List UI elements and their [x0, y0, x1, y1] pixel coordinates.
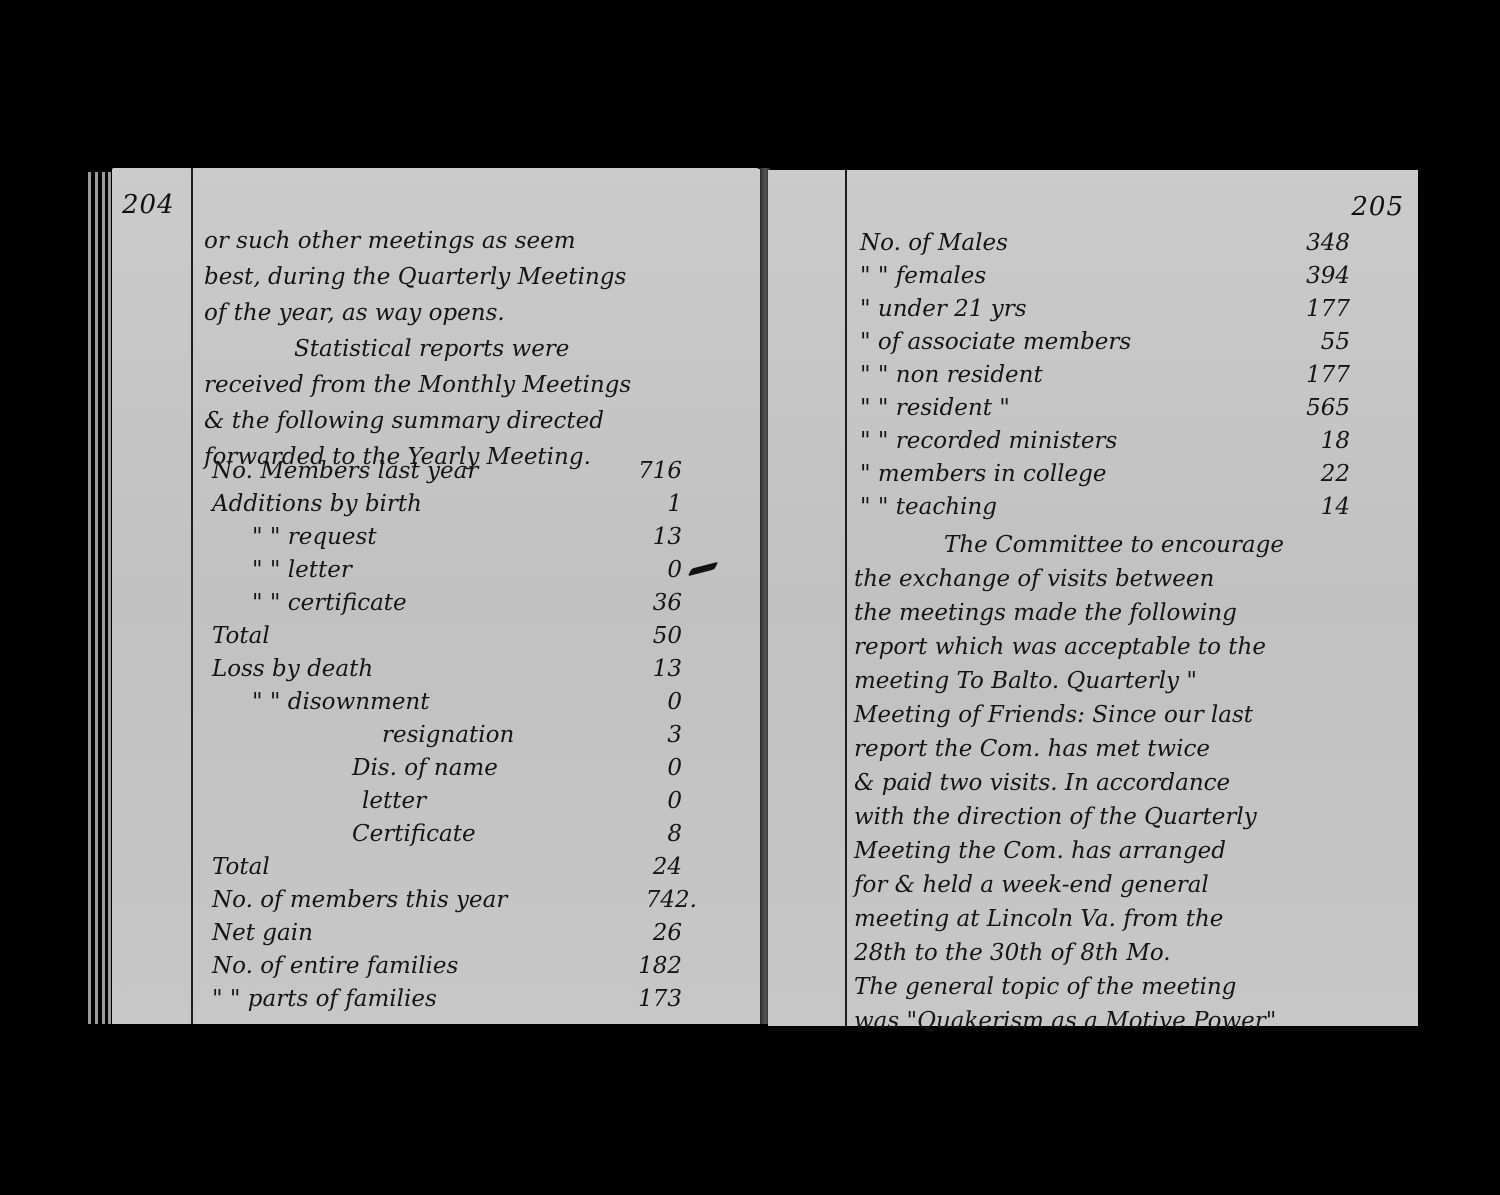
row-value: 0 — [592, 689, 682, 715]
row-label: No. of members this year — [212, 887, 507, 913]
row-value: 24 — [592, 854, 682, 880]
table-row: " " resident " 565 — [860, 387, 1380, 423]
row-label: No. Members last year — [212, 458, 478, 484]
row-value: 0 — [592, 788, 682, 814]
table-row: " " recorded ministers 18 — [860, 420, 1380, 456]
row-label: No. of Males — [860, 230, 1008, 256]
table-row: No. of members this year 742. — [212, 879, 702, 915]
row-label: " " non resident — [860, 362, 1043, 388]
row-value: 394 — [1260, 263, 1350, 289]
prose-line: meeting at Lincoln Va. from the — [854, 896, 1404, 932]
page-edges — [86, 172, 112, 1024]
row-label: " " request — [252, 524, 377, 550]
table-row: " " non resident 177 — [860, 354, 1380, 390]
row-value: 0 — [592, 557, 682, 583]
prose-line: Meeting of Friends: Since our last — [854, 692, 1404, 728]
row-value: 8 — [592, 821, 682, 847]
row-label: " " teaching — [860, 494, 997, 520]
margin-rule — [845, 170, 847, 1026]
row-value: 26 — [592, 920, 682, 946]
prose-line: Meeting the Com. has arranged — [854, 828, 1404, 864]
table-row: " of associate members 55 — [860, 321, 1380, 357]
row-value: 177 — [1260, 296, 1350, 322]
row-label: " " parts of families — [212, 986, 437, 1012]
row-label: Total — [212, 623, 270, 649]
table-row: No. Members last year 716 — [212, 450, 682, 486]
row-value: 13 — [592, 524, 682, 550]
prose-line: 28th to the 30th of 8th Mo. — [854, 930, 1404, 966]
table-row: Dis. of name 0 — [352, 747, 682, 783]
table-row: Certificate 8 — [352, 813, 682, 849]
table-row: " " disownment 0 — [252, 681, 682, 717]
left-page: 204 or such other meetings as seem best,… — [112, 168, 762, 1024]
prose-line: best, during the Quarterly Meetings — [204, 254, 754, 290]
prose-line: & the following summary directed — [204, 398, 754, 434]
row-label: Net gain — [212, 920, 313, 946]
row-label: Loss by death — [212, 656, 373, 682]
row-value: 348 — [1260, 230, 1350, 256]
row-value: 3 — [592, 722, 682, 748]
right-page: 205 No. of Males 348 " " females 394 " u… — [768, 170, 1418, 1026]
table-row: " " letter 0 — [252, 549, 682, 585]
row-value: 14 — [1260, 494, 1350, 520]
row-value: 716 — [592, 458, 682, 484]
prose-line: of the year, as way opens. — [204, 290, 754, 326]
row-label: " " females — [860, 263, 986, 289]
prose-line: the exchange of visits between — [854, 556, 1404, 592]
table-row: Total 24 — [212, 846, 682, 882]
prose-line: or such other meetings as seem — [204, 218, 754, 254]
row-value: 22 — [1260, 461, 1350, 487]
row-value: 173 — [592, 986, 682, 1012]
prose-line: for & held a week-end general — [854, 862, 1404, 898]
row-label: " " certificate — [252, 590, 407, 616]
row-value: 18 — [1260, 428, 1350, 454]
row-label: Additions by birth — [212, 491, 422, 517]
row-label: " " letter — [252, 557, 352, 583]
row-value: 742. — [607, 887, 697, 913]
prose-line: Statistical reports were — [204, 326, 754, 362]
table-row: " " females 394 — [860, 255, 1380, 291]
table-row: Additions by birth 1 — [212, 483, 682, 519]
table-row: No. of entire families 182 — [212, 945, 682, 981]
table-row: " " certificate 36 — [252, 582, 682, 618]
row-value: 36 — [592, 590, 682, 616]
table-row: letter 0 — [362, 780, 682, 816]
row-value: 565 — [1260, 395, 1350, 421]
table-row: Total 50 — [212, 615, 682, 651]
row-label: resignation — [382, 722, 514, 748]
row-value: 0 — [592, 755, 682, 781]
row-value: 50 — [592, 623, 682, 649]
row-value: 13 — [592, 656, 682, 682]
table-row: No. of Males 348 — [860, 222, 1380, 258]
row-label: letter — [362, 788, 426, 814]
prose-line: report the Com. has met twice — [854, 726, 1404, 762]
prose-line: the meetings made the following — [854, 590, 1404, 626]
table-row: " members in college 22 — [860, 453, 1380, 489]
row-label: " " recorded ministers — [860, 428, 1117, 454]
table-row: resignation 3 — [382, 714, 682, 750]
prose-line: The general topic of the meeting — [854, 964, 1404, 1000]
row-value: 182 — [592, 953, 682, 979]
prose-line: was "Quakerism as a Motive Power" — [854, 998, 1404, 1034]
prose-line: with the direction of the Quarterly — [854, 794, 1404, 830]
row-label: " of associate members — [860, 329, 1131, 355]
page-number-left: 204 — [122, 190, 175, 220]
row-label: " " resident " — [860, 395, 1010, 421]
prose-line: report which was acceptable to the — [854, 624, 1404, 660]
row-value: 55 — [1260, 329, 1350, 355]
row-label: Certificate — [352, 821, 476, 847]
table-row: " under 21 yrs 177 — [860, 288, 1380, 324]
row-label: " under 21 yrs — [860, 296, 1027, 322]
table-row: Loss by death 13 — [212, 648, 682, 684]
row-label: " members in college — [860, 461, 1106, 487]
row-label: No. of entire families — [212, 953, 458, 979]
table-row: Net gain 26 — [212, 912, 682, 948]
margin-rule — [191, 168, 193, 1024]
table-row: " " teaching 14 — [860, 486, 1380, 522]
row-label: Dis. of name — [352, 755, 498, 781]
prose-line: & paid two visits. In accordance — [854, 760, 1404, 796]
page-number-right: 205 — [1351, 192, 1404, 222]
table-row: " " parts of families 173 — [212, 978, 682, 1014]
ink-mark — [688, 562, 719, 576]
row-label: " " disownment — [252, 689, 430, 715]
prose-line: The Committee to encourage — [854, 522, 1404, 558]
row-value: 177 — [1260, 362, 1350, 388]
row-label: Total — [212, 854, 270, 880]
prose-line: meeting To Balto. Quarterly " — [854, 658, 1404, 694]
row-value: 1 — [592, 491, 682, 517]
table-row: " " request 13 — [252, 516, 682, 552]
prose-line: received from the Monthly Meetings — [204, 362, 754, 398]
